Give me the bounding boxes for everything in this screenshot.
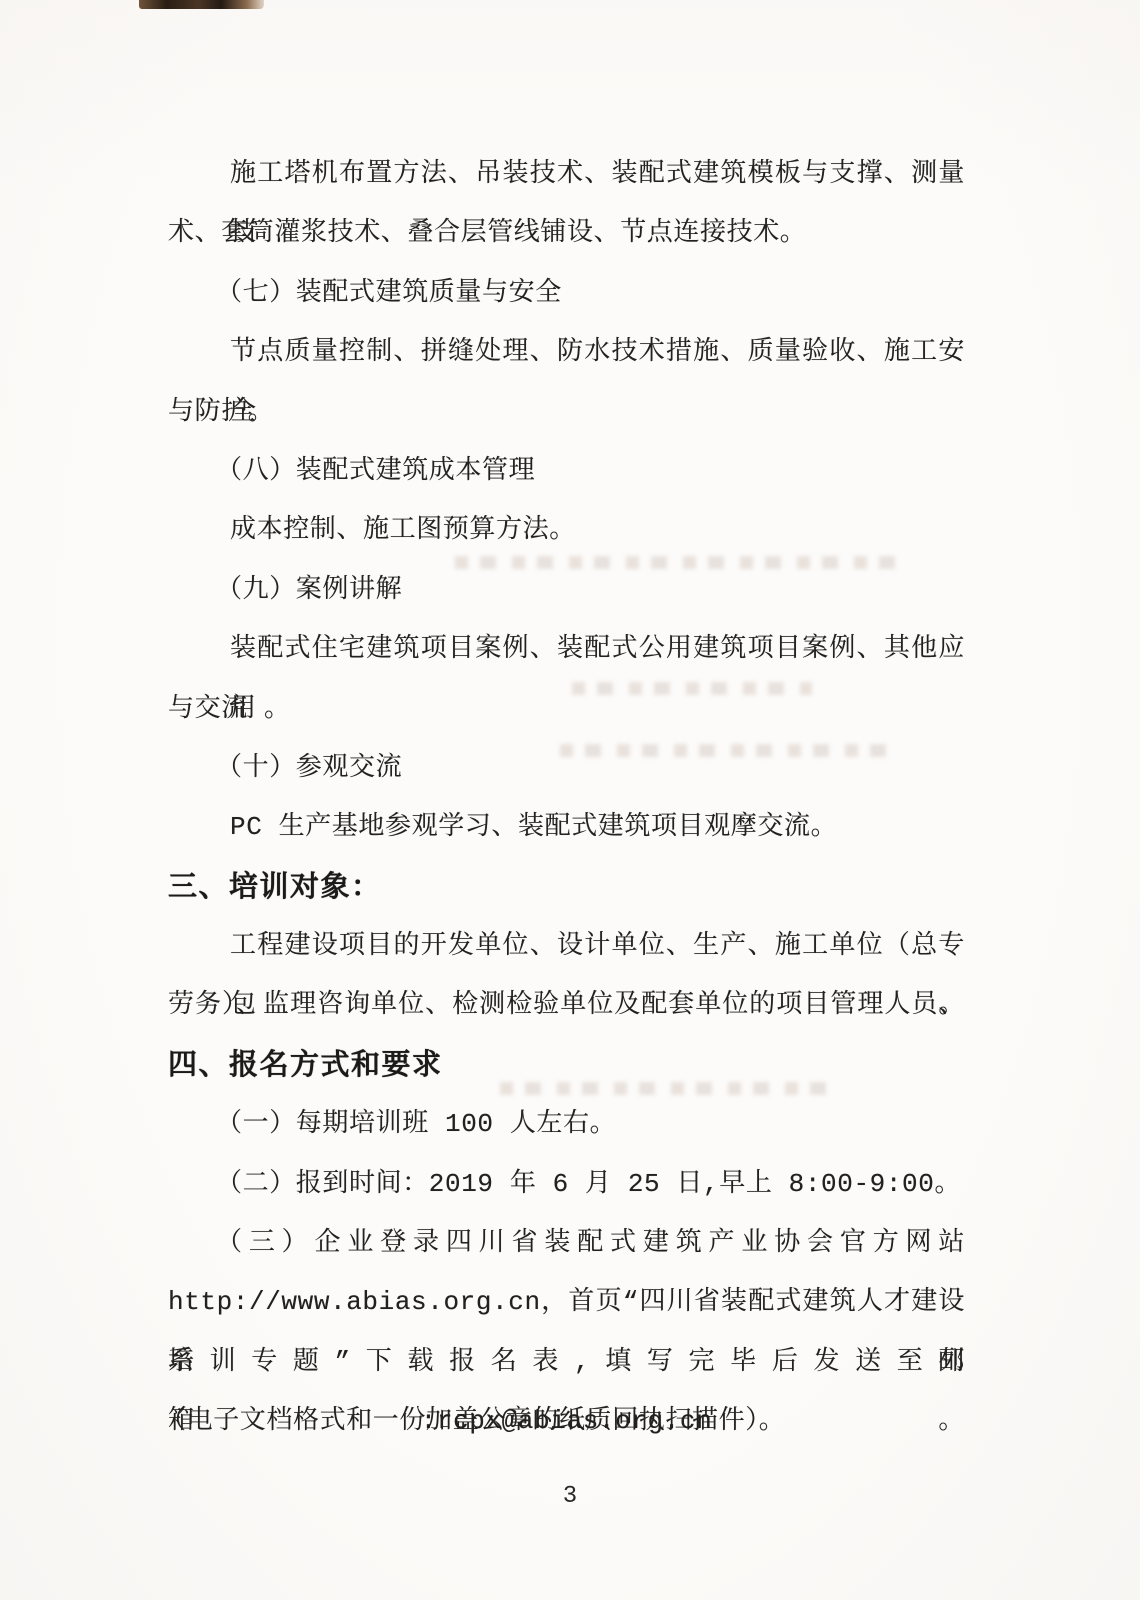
text-line: 工程建设项目的开发单位、设计单位、生产、施工单位（总专包、 bbox=[168, 917, 965, 976]
text-line: 四、报名方式和要求 bbox=[168, 1036, 965, 1095]
text-line: 成本控制、施工图预算方法。 bbox=[168, 501, 965, 560]
text-line: 与防护。 bbox=[168, 383, 965, 442]
text-line: 三、培训对象： bbox=[168, 858, 965, 917]
text-line: 与交流 。 bbox=[168, 680, 965, 739]
text-line: http://www.abias.org.cn，首页“四川省装配式建筑人才建设系… bbox=[168, 1273, 965, 1332]
document-body: 施工塔机布置方法、吊装技术、装配式建筑模板与支撑、测量技术、套筒灌浆技术、叠合层… bbox=[168, 145, 965, 1452]
text-line: 术、套筒灌浆技术、叠合层管线铺设、节点连接技术。 bbox=[168, 204, 965, 263]
text-line: 装配式住宅建筑项目案例、装配式公用建筑项目案例、其他应用 bbox=[168, 620, 965, 679]
document-page: 施工塔机布置方法、吊装技术、装配式建筑模板与支撑、测量技术、套筒灌浆技术、叠合层… bbox=[0, 0, 1140, 1600]
text-line: 培训专题”下载报名表,填写完毕后发送至邮箱:rcpx@abias.org.cn。 bbox=[168, 1333, 965, 1392]
page-number: 3 bbox=[0, 1483, 1140, 1510]
text-line: （三）企业登录四川省装配式建筑产业协会官方网站 bbox=[168, 1214, 965, 1273]
ink-smudge-artifact bbox=[139, 0, 264, 9]
text-line: （七）装配式建筑质量与安全 bbox=[168, 264, 965, 323]
text-line: 节点质量控制、拼缝处理、防水技术措施、质量验收、施工安全 bbox=[168, 323, 965, 382]
text-line: （一）每期培训班 100 人左右。 bbox=[168, 1095, 965, 1154]
text-line: （十）参观交流 bbox=[168, 739, 965, 798]
text-line: （九）案例讲解 bbox=[168, 561, 965, 620]
text-line: PC 生产基地参观学习、装配式建筑项目观摩交流。 bbox=[168, 798, 965, 857]
text-line: 施工塔机布置方法、吊装技术、装配式建筑模板与支撑、测量技 bbox=[168, 145, 965, 204]
text-line: （二）报到时间：2019 年 6 月 25 日,早上 8:00-9:00。 bbox=[168, 1155, 965, 1214]
text-line: （八）装配式建筑成本管理 bbox=[168, 442, 965, 501]
text-line: 劳务）、监理咨询单位、检测检验单位及配套单位的项目管理人员。 bbox=[168, 976, 965, 1035]
